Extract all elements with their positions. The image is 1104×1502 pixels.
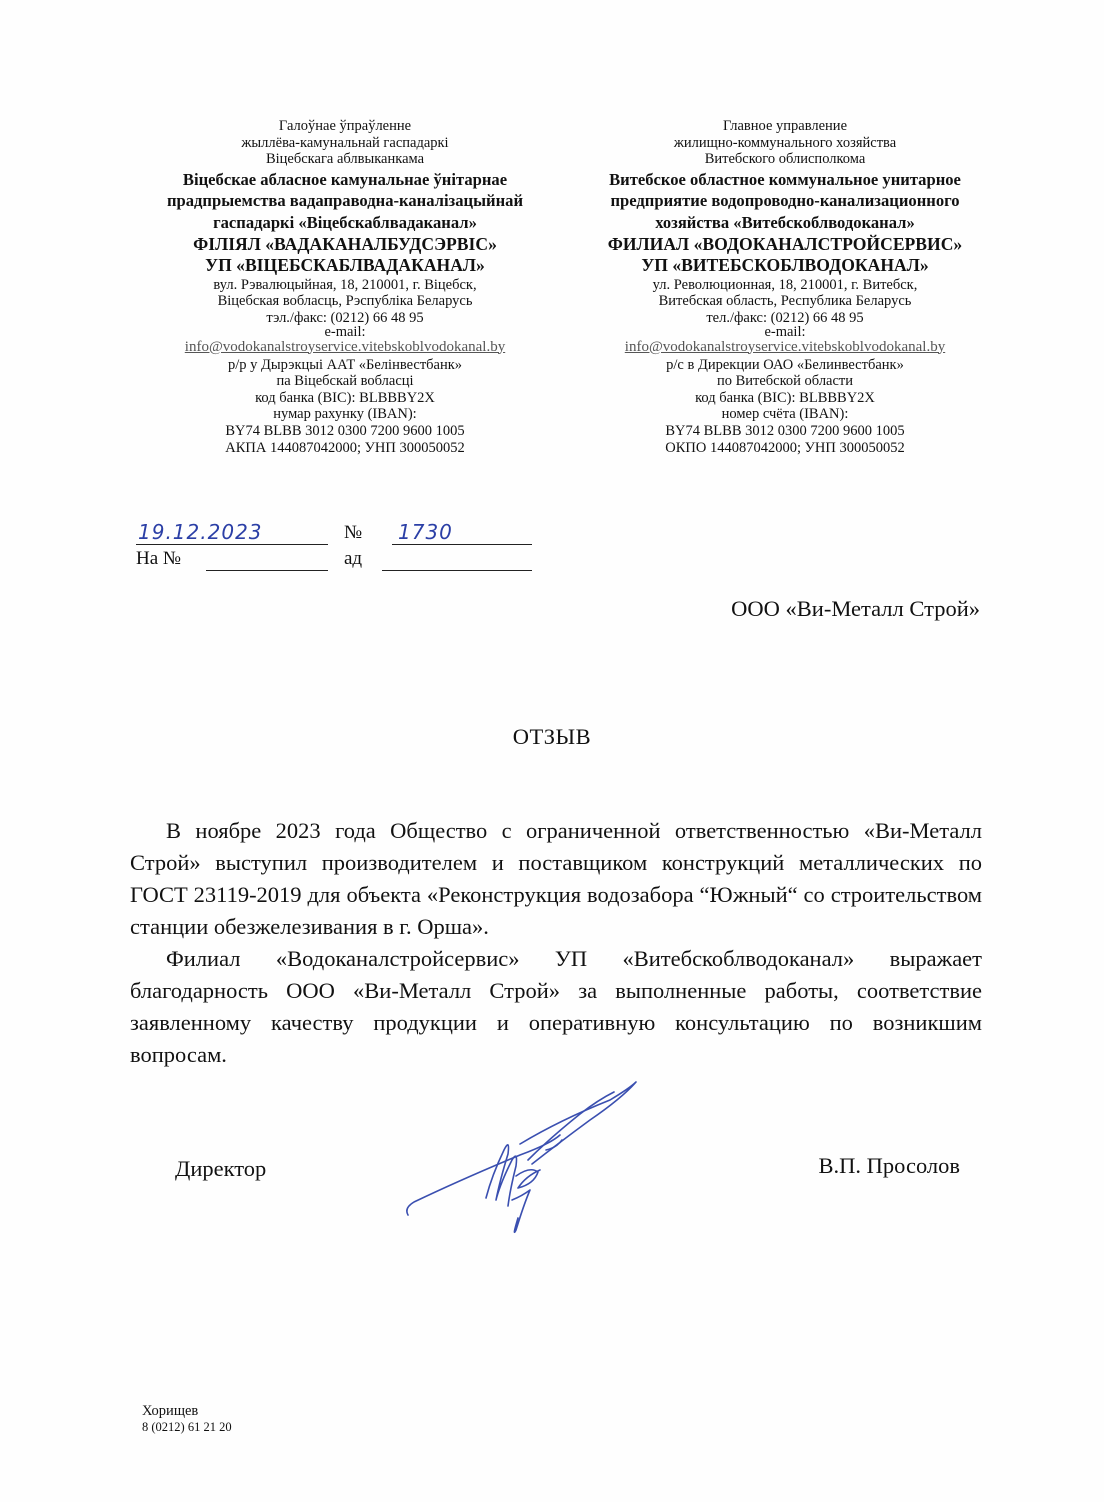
executor-phone: 8 (0212) 61 21 20 — [142, 1419, 232, 1435]
email-link[interactable]: info@vodokanalstroyservice.vitebskoblvod… — [130, 338, 560, 357]
letter-body: В ноябре 2023 года Общество с ограниченн… — [130, 815, 982, 1071]
letterhead-belarusian: Галоўнае ўпраўленне жыллёва-камунальнай … — [130, 118, 560, 456]
org-codes-line: ОКПО 144087042000; УНП 300050052 — [570, 440, 1000, 457]
email-link[interactable]: info@vodokanalstroyservice.vitebskoblvod… — [570, 338, 1000, 357]
org-name-line: Віцебскае абласное камунальнае ўнітарнае — [130, 169, 560, 191]
branch-name-line: ФИЛИАЛ «ВОДОКАНАЛСТРОЙСЕРВИС» — [570, 234, 1000, 256]
outgoing-row: 19.12.2023 № 1730 — [136, 522, 536, 548]
letterhead-russian: Главное управление жилищно-коммунального… — [570, 118, 1000, 456]
branch-name-line: УП «ВИТЕБСКОБЛВОДОКАНАЛ» — [570, 255, 1000, 277]
document-title: ОТЗЫВ — [0, 724, 1104, 750]
registration-block: 19.12.2023 № 1730 На № ад — [136, 522, 536, 574]
body-paragraph: В ноябре 2023 года Общество с ограниченн… — [130, 815, 982, 943]
org-name-line: предприятие водопроводно-канализационног… — [570, 190, 1000, 212]
address-line: вул. Рэвалюцыйная, 18, 210001, г. Віцебс… — [130, 277, 560, 294]
bank-bic-line: код банка (BIC): BLBBBY2X — [130, 390, 560, 407]
signatory-name: В.П. Просолов — [819, 1153, 960, 1179]
ministry-line: Віцебскага аблвыканкама — [130, 151, 560, 168]
bank-line: р/с в Дирекции ОАО «Белинвестбанк» — [570, 357, 1000, 374]
ministry-line: жыллёва-камунальнай гаспадаркі — [130, 135, 560, 152]
addressee: ООО «Ви-Металл Строй» — [731, 596, 980, 622]
address-line: ул. Революционная, 18, 210001, г. Витебс… — [570, 277, 1000, 294]
ministry-line: Главное управление — [570, 118, 1000, 135]
executor-block: Хорищев 8 (0212) 61 21 20 — [142, 1403, 232, 1435]
letter-page: Галоўнае ўпраўленне жыллёва-камунальнай … — [0, 0, 1104, 1502]
branch-name-line: УП «ВІЦЕБСКАБЛВАДАКАНАЛ» — [130, 255, 560, 277]
reference-row: На № ад — [136, 548, 536, 574]
reference-number-field — [206, 548, 328, 571]
bank-iban-value: BY74 BLBB 3012 0300 7200 9600 1005 — [130, 423, 560, 440]
bank-line: р/р у Дырэкцыі ААТ «Белінвестбанк» — [130, 357, 560, 374]
bank-line: по Витебской области — [570, 373, 1000, 390]
bank-iban-label: номер счёта (IBAN): — [570, 406, 1000, 423]
ministry-line: Витебского облисполкома — [570, 151, 1000, 168]
reference-date-field — [382, 548, 532, 571]
handwritten-signature-icon — [400, 1080, 660, 1240]
branch-name-line: ФІЛІЯЛ «ВАДАКАНАЛБУДСЭРВІС» — [130, 234, 560, 256]
email-label: e-mail: — [130, 327, 560, 338]
reference-date-label: ад — [344, 548, 362, 570]
email-label: e-mail: — [570, 327, 1000, 338]
org-name-line: гаспадаркі «Віцебскаблвадаканал» — [130, 212, 560, 234]
signatory-position: Директор — [175, 1156, 266, 1182]
bank-line: па Віцебскай вобласці — [130, 373, 560, 390]
bank-iban-label: нумар рахунку (IBAN): — [130, 406, 560, 423]
org-codes-line: АКПА 144087042000; УНП 300050052 — [130, 440, 560, 457]
executor-name: Хорищев — [142, 1403, 232, 1419]
bank-bic-line: код банка (BIC): BLBBBY2X — [570, 390, 1000, 407]
address-line: Витебская область, Республика Беларусь — [570, 293, 1000, 310]
ministry-line: жилищно-коммунального хозяйства — [570, 135, 1000, 152]
outgoing-date: 19.12.2023 — [138, 520, 263, 544]
ministry-line: Галоўнае ўпраўленне — [130, 118, 560, 135]
body-paragraph: Филиал «Водоканалстройсервис» УП «Витебс… — [130, 943, 982, 1071]
org-name-line: прадпрыемства вадаправодна-каналізацыйна… — [130, 190, 560, 212]
number-label: № — [344, 522, 362, 544]
address-line: Віцебская вобласць, Рэспубліка Беларусь — [130, 293, 560, 310]
bank-iban-value: BY74 BLBB 3012 0300 7200 9600 1005 — [570, 423, 1000, 440]
org-name-line: хозяйства «Витебскоблводоканал» — [570, 212, 1000, 234]
org-name-line: Витебское областное коммунальное унитарн… — [570, 169, 1000, 191]
outgoing-number: 1730 — [398, 520, 453, 544]
reference-label: На № — [136, 548, 181, 570]
